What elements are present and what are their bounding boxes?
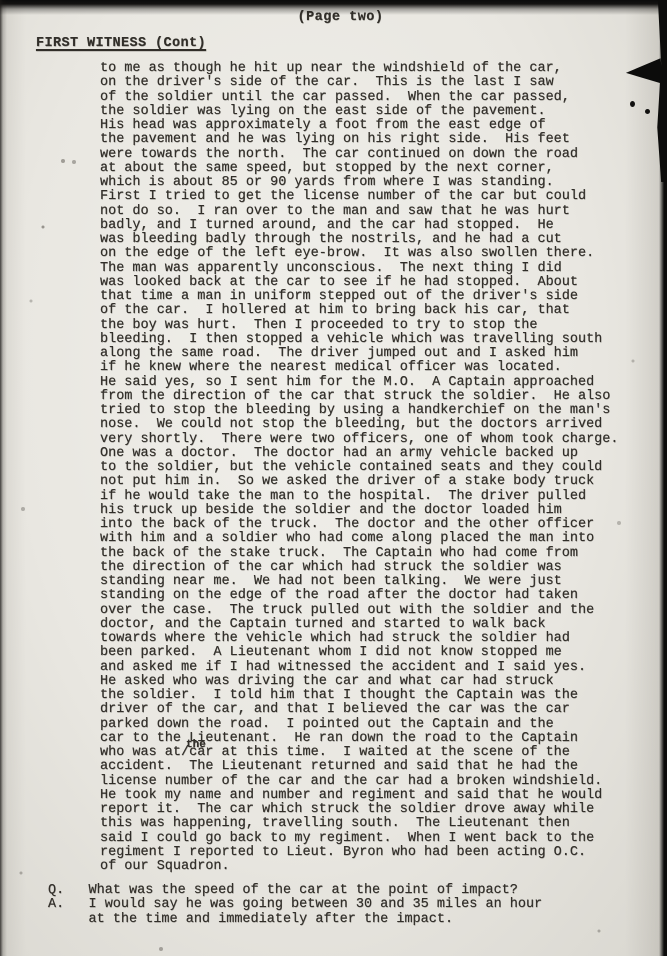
page-number-header: (Page two) <box>0 10 667 25</box>
scan-edge-right-top <box>654 0 667 182</box>
scan-edge-left <box>0 0 7 956</box>
scan-artifact-dot <box>630 101 635 107</box>
section-title: FIRST WITNESS (Cont) <box>36 36 206 51</box>
question-answer-block: Q. What was the speed of the car at the … <box>48 884 542 927</box>
scan-artifact-dot <box>645 109 650 114</box>
scan-artifact-wedge <box>625 58 664 88</box>
scanned-document-page: (Page two) FIRST WITNESS (Cont) to me as… <box>0 0 667 956</box>
paper-specks <box>0 0 2 2</box>
testimony-text: to me as though he hit up near the winds… <box>100 62 618 874</box>
typed-insertion-word: the <box>186 740 206 750</box>
scan-edge-right <box>659 0 667 956</box>
